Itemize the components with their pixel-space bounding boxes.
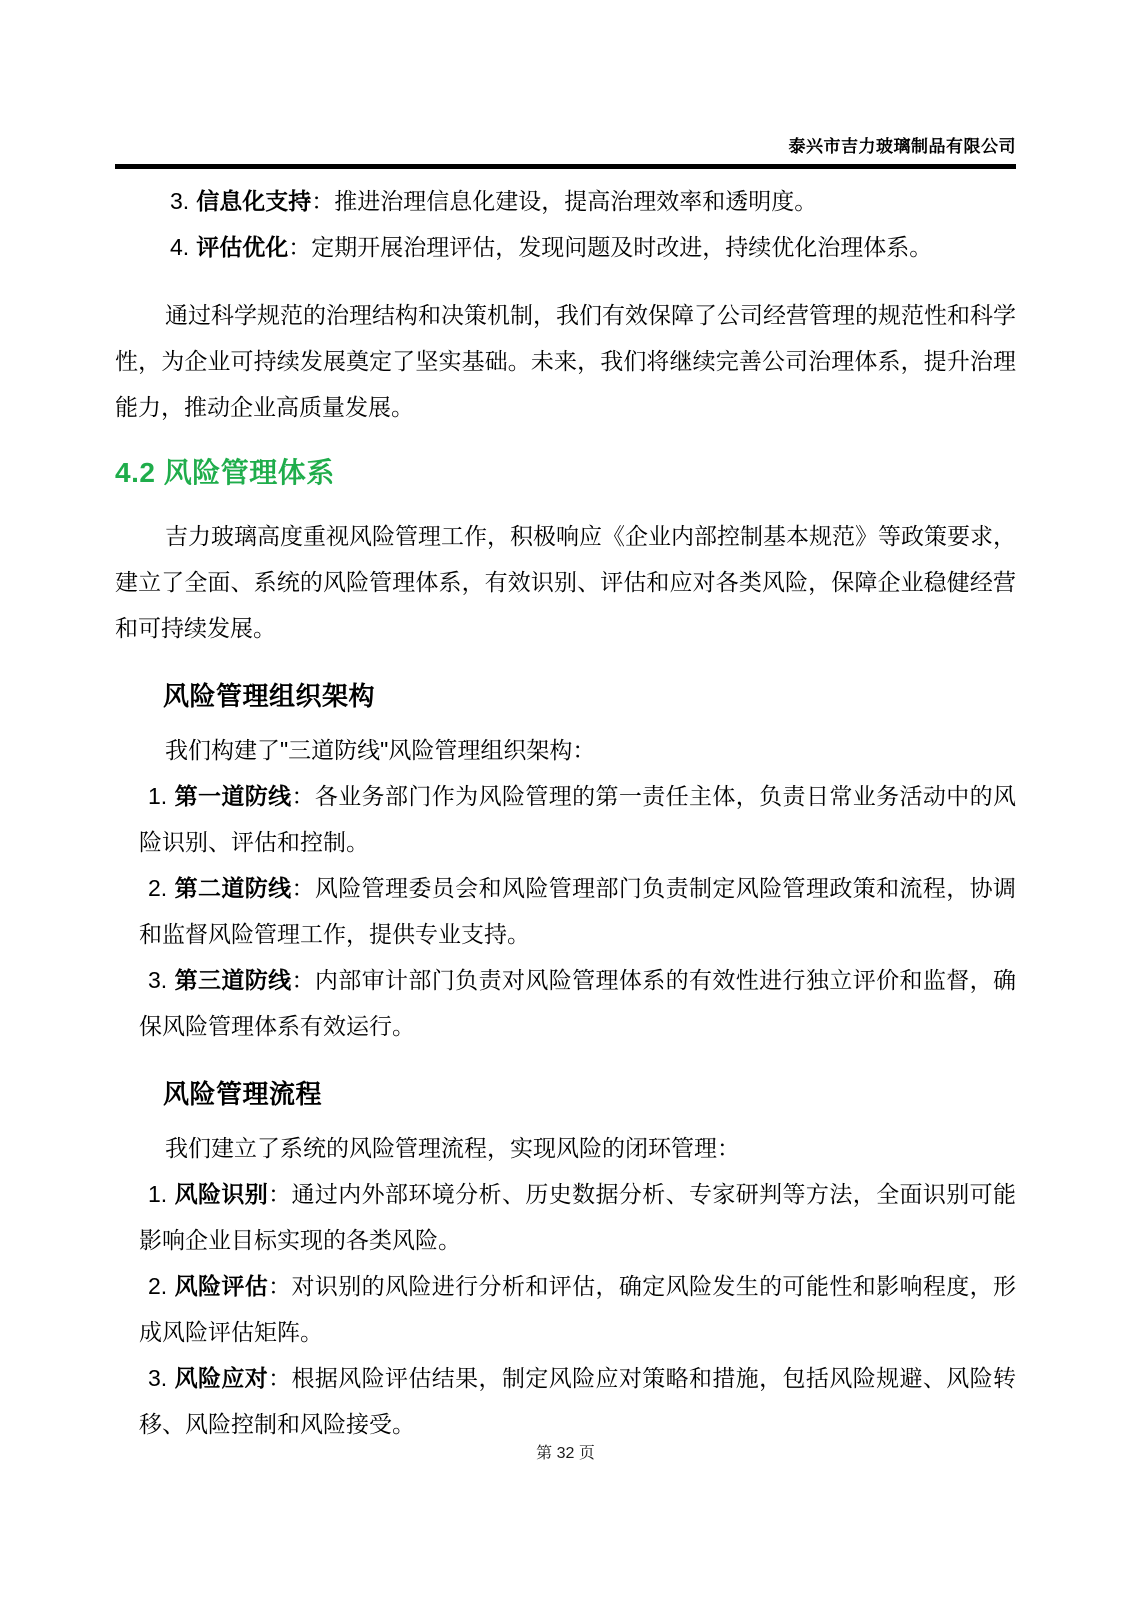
risk-process-lead-paragraph: 我们建立了系统的风险管理流程，实现风险的闭环管理：: [115, 1125, 1016, 1171]
org-structure-lead-paragraph: 我们构建了"三道防线"风险管理组织架构：: [115, 727, 1016, 773]
list-item-number: 4.: [170, 234, 189, 260]
list-item-risk-response: 3.风险应对：根据风险评估结果，制定风险应对策略和措施，包括风险规避、风险转移、…: [115, 1355, 1016, 1447]
list-item-text: ：通过内外部环境分析、历史数据分析、专家研判等方法，全面识别可能影响企业目标实现…: [139, 1181, 1016, 1253]
org-structure-list: 1.第一道防线：各业务部门作为风险管理的第一责任主体，负责日常业务活动中的风险识…: [115, 773, 1016, 1049]
list-item-text: ：根据风险评估结果，制定风险应对策略和措施，包括风险规避、风险转移、风险控制和风…: [139, 1365, 1016, 1437]
list-item-second-line-of-defense: 2.第二道防线：风险管理委员会和风险管理部门负责制定风险管理政策和流程，协调和监…: [115, 865, 1016, 957]
list-item-number: 1.: [148, 783, 167, 809]
list-item-number: 1.: [148, 1181, 167, 1207]
list-item-term: 风险识别: [174, 1181, 268, 1207]
list-item-text: ：对识别的风险进行分析和评估，确定风险发生的可能性和影响程度，形成风险评估矩阵。: [139, 1273, 1016, 1345]
list-item-number: 3.: [148, 1365, 167, 1391]
list-item-term: 第一道防线: [174, 783, 291, 809]
list-item-first-line-of-defense: 1.第一道防线：各业务部门作为风险管理的第一责任主体，负责日常业务活动中的风险识…: [115, 773, 1016, 865]
page-footer: 第 32 页: [0, 1440, 1131, 1463]
list-item-information-support: 3.信息化支持：推进治理信息化建设，提高治理效率和透明度。: [115, 178, 1016, 224]
company-name: 泰兴市吉力玻璃制品有限公司: [789, 137, 1017, 156]
list-item-term: 评估优化: [196, 234, 288, 260]
risk-section-intro-paragraph: 吉力玻璃高度重视风险管理工作，积极响应《企业内部控制基本规范》等政策要求，建立了…: [115, 513, 1016, 651]
list-item-risk-assessment: 2.风险评估：对识别的风险进行分析和评估，确定风险发生的可能性和影响程度，形成风…: [115, 1263, 1016, 1355]
list-item-term: 风险评估: [174, 1273, 268, 1299]
list-item-term: 信息化支持: [196, 188, 311, 214]
list-item-third-line-of-defense: 3.第三道防线：内部审计部门负责对风险管理体系的有效性进行独立评价和监督，确保风…: [115, 957, 1016, 1049]
list-item-evaluation-optimization: 4.评估优化：定期开展治理评估，发现问题及时改进，持续优化治理体系。: [115, 224, 1016, 270]
list-item-number: 3.: [170, 188, 189, 214]
page-number: 第 32 页: [536, 1445, 595, 1462]
list-item-risk-identification: 1.风险识别：通过内外部环境分析、历史数据分析、专家研判等方法，全面识别可能影响…: [115, 1171, 1016, 1263]
list-item-number: 3.: [148, 967, 167, 993]
risk-process-list: 1.风险识别：通过内外部环境分析、历史数据分析、专家研判等方法，全面识别可能影响…: [115, 1171, 1016, 1447]
list-item-number: 2.: [148, 875, 167, 901]
list-item-term: 第二道防线: [174, 875, 291, 901]
list-item-term: 风险应对: [174, 1365, 268, 1391]
subsection-heading-risk-process: 风险管理流程: [163, 1079, 1016, 1109]
list-item-term: 第三道防线: [174, 967, 291, 993]
subsection-heading-org-structure: 风险管理组织架构: [163, 681, 1016, 711]
list-item-number: 2.: [148, 1273, 167, 1299]
document-page: 泰兴市吉力玻璃制品有限公司 3.信息化支持：推进治理信息化建设，提高治理效率和透…: [0, 0, 1131, 1600]
list-item-text: ：定期开展治理评估，发现问题及时改进，持续优化治理体系。: [288, 234, 932, 260]
section-heading-risk-management: 4.2 风险管理体系: [115, 456, 1016, 490]
document-header: 泰兴市吉力玻璃制品有限公司: [115, 132, 1016, 169]
governance-summary-paragraph: 通过科学规范的治理结构和决策机制，我们有效保障了公司经营管理的规范性和科学性，为…: [115, 292, 1016, 430]
list-item-text: ：推进治理信息化建设，提高治理效率和透明度。: [311, 188, 817, 214]
document-body: 3.信息化支持：推进治理信息化建设，提高治理效率和透明度。 4.评估优化：定期开…: [115, 178, 1016, 1447]
governance-measures-list: 3.信息化支持：推进治理信息化建设，提高治理效率和透明度。 4.评估优化：定期开…: [115, 178, 1016, 270]
